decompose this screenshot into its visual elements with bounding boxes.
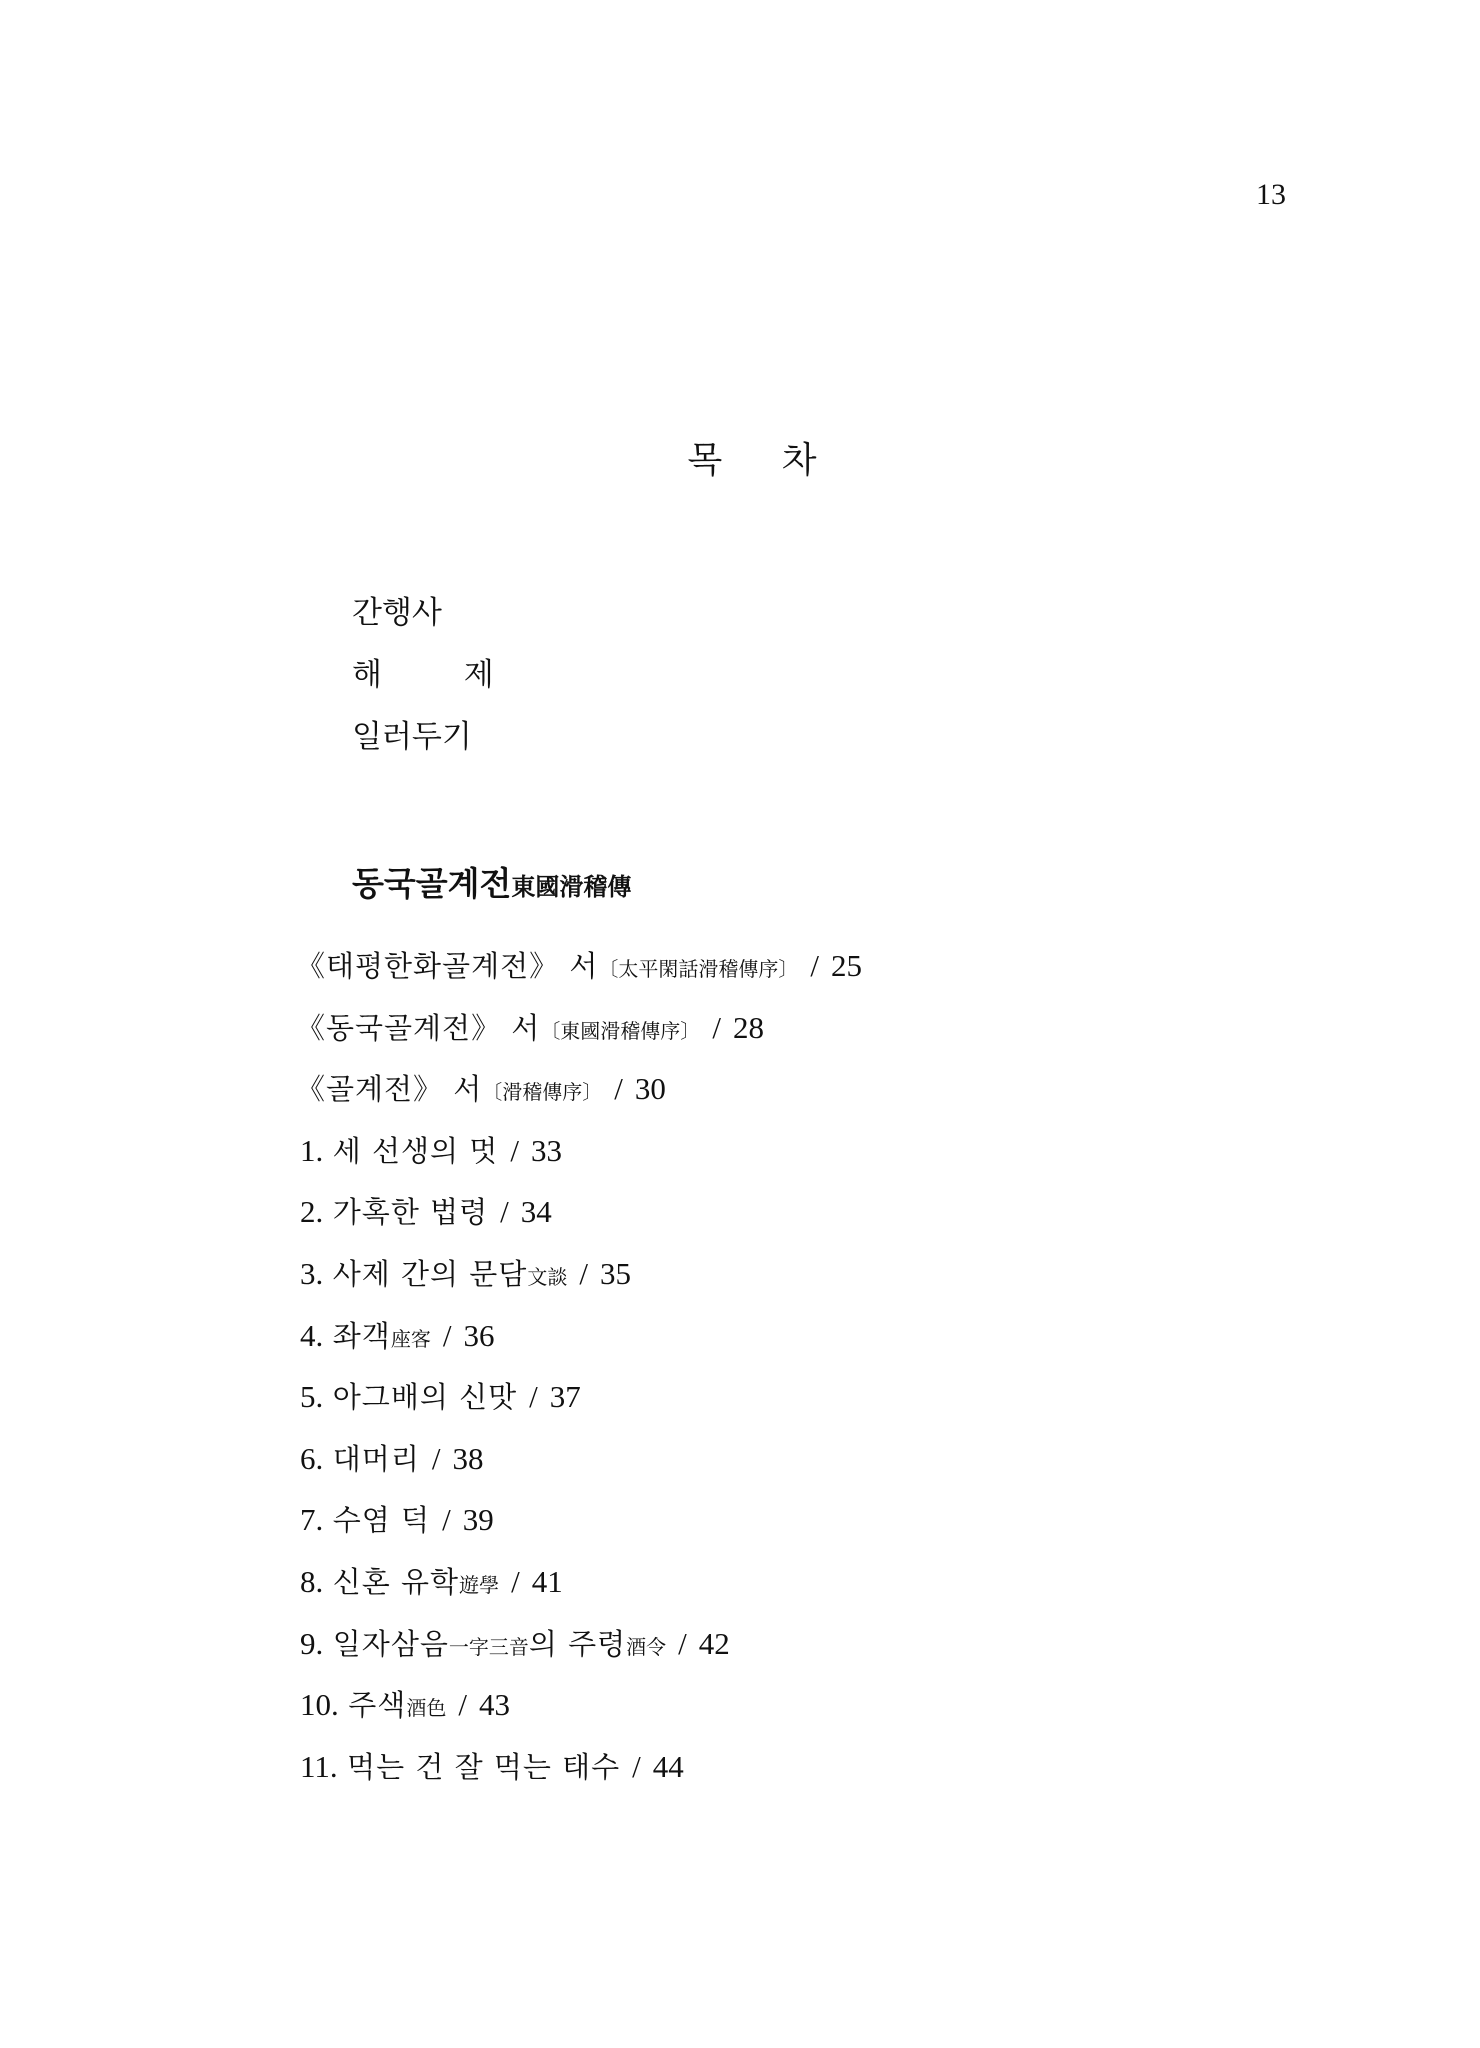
entry-title: 먹는 건 잘 먹는 태수 [347, 1750, 620, 1784]
separator: / [442, 1502, 451, 1537]
toc-entry: 11. 먹는 건 잘 먹는 태수/44 [296, 1741, 862, 1803]
front-matter-item-commentary: 해 제 [352, 652, 530, 714]
entry-number: 9. [300, 1626, 323, 1661]
entry-number: 7. [300, 1502, 323, 1537]
separator: / [458, 1687, 467, 1722]
separator: / [443, 1318, 452, 1353]
entry-hanja: 座客 [391, 1327, 431, 1351]
toc-entry: 2. 가혹한 법령/34 [296, 1186, 862, 1248]
entry-number: 1. [300, 1133, 323, 1168]
entry-title-continued: 의 주령 [529, 1627, 626, 1661]
entry-page: 35 [600, 1256, 631, 1291]
entry-page: 36 [463, 1318, 494, 1353]
entry-page: 34 [521, 1194, 552, 1229]
entry-hanja: 酒色 [406, 1696, 446, 1720]
section-heading: 동국골계전東國滑稽傳 [352, 858, 631, 905]
entry-page: 39 [463, 1502, 494, 1537]
toc-entry: 9. 일자삼음一字三音의 주령酒令/42 [296, 1618, 862, 1680]
toc-entry: 7. 수염 덕/39 [296, 1494, 862, 1556]
entry-page: 30 [635, 1071, 666, 1106]
entry-page: 41 [532, 1564, 563, 1599]
entry-number: 5. [300, 1379, 323, 1414]
toc-entry: 10. 주색酒色/43 [296, 1679, 862, 1741]
separator: / [432, 1441, 441, 1476]
separator: / [614, 1071, 623, 1106]
entry-page: 44 [653, 1749, 684, 1784]
toc-entry: 3. 사제 간의 문담文談/35 [296, 1248, 862, 1310]
separator: / [712, 1010, 721, 1045]
entry-number: 6. [300, 1441, 323, 1476]
entry-number: 8. [300, 1564, 323, 1599]
entry-title: 주색 [348, 1688, 406, 1722]
front-matter-item-notes: 일러두기 [352, 714, 530, 776]
entry-hanja: 一字三音 [449, 1635, 529, 1659]
page-number: 13 [1256, 178, 1286, 212]
entry-title: 《골계전》 서 [296, 1072, 482, 1106]
entry-page: 43 [479, 1687, 510, 1722]
entry-number: 4. [300, 1318, 323, 1353]
entry-page: 28 [733, 1010, 764, 1045]
toc-entry: 4. 좌객座客/36 [296, 1310, 862, 1372]
entry-title: 일자삼음 [333, 1627, 449, 1661]
entry-title: 《태평한화골계전》 서 [296, 949, 598, 983]
entry-title: 수염 덕 [333, 1503, 430, 1537]
entry-title: 아그배의 신맛 [333, 1380, 517, 1414]
entry-number: 2. [300, 1194, 323, 1229]
entry-page: 42 [699, 1626, 730, 1661]
entry-page: 38 [452, 1441, 483, 1476]
toc-entry: 《태평한화골계전》 서〔太平閑話滑稽傳序〕/25 [296, 940, 862, 1002]
separator: / [500, 1194, 509, 1229]
separator: / [511, 1564, 520, 1599]
entry-hanja-2: 酒令 [626, 1635, 666, 1659]
entry-page: 37 [550, 1379, 581, 1414]
separator: / [632, 1749, 641, 1784]
entry-number: 11. [300, 1749, 338, 1784]
toc-entry: 5. 아그배의 신맛/37 [296, 1371, 862, 1433]
entry-title: 《동국골계전》 서 [296, 1011, 540, 1045]
separator: / [510, 1133, 519, 1168]
entry-number: 10. [300, 1687, 339, 1722]
separator: / [529, 1379, 538, 1414]
entry-hanja: 〔太平閑話滑稽傳序〕 [598, 957, 798, 981]
front-matter-item-preface: 간행사 [352, 590, 530, 652]
separator: / [579, 1256, 588, 1291]
section-title-hanja: 東國滑稽傳 [511, 873, 631, 901]
entry-hanja: 〔東國滑稽傳序〕 [540, 1019, 700, 1043]
entry-title: 신혼 유학 [333, 1565, 459, 1599]
entry-hanja: 文談 [527, 1265, 567, 1289]
toc-entry: 6. 대머리/38 [296, 1433, 862, 1495]
entry-title: 사제 간의 문담 [333, 1257, 528, 1291]
entry-title: 가혹한 법령 [333, 1195, 488, 1229]
entry-page: 33 [531, 1133, 562, 1168]
section-title: 동국골계전 [352, 864, 511, 903]
toc-title: 목 차 [0, 432, 1480, 483]
entry-hanja: 遊學 [459, 1573, 499, 1597]
toc-entry: 《동국골계전》 서〔東國滑稽傳序〕/28 [296, 1002, 862, 1064]
toc-entry: 《골계전》 서〔滑稽傳序〕/30 [296, 1063, 862, 1125]
front-matter-list: 간행사 해 제 일러두기 [352, 590, 530, 776]
entry-page: 25 [831, 948, 862, 983]
separator: / [810, 948, 819, 983]
entry-number: 3. [300, 1256, 323, 1291]
toc-entry: 8. 신혼 유학遊學/41 [296, 1556, 862, 1618]
entry-hanja: 〔滑稽傳序〕 [482, 1080, 602, 1104]
toc-entry: 1. 세 선생의 멋/33 [296, 1125, 862, 1187]
entry-title: 좌객 [333, 1319, 391, 1353]
entry-title: 세 선생의 멋 [333, 1134, 499, 1168]
toc-list: 《태평한화골계전》 서〔太平閑話滑稽傳序〕/25 《동국골계전》 서〔東國滑稽傳… [296, 940, 862, 1802]
entry-title: 대머리 [333, 1442, 420, 1476]
separator: / [678, 1626, 687, 1661]
